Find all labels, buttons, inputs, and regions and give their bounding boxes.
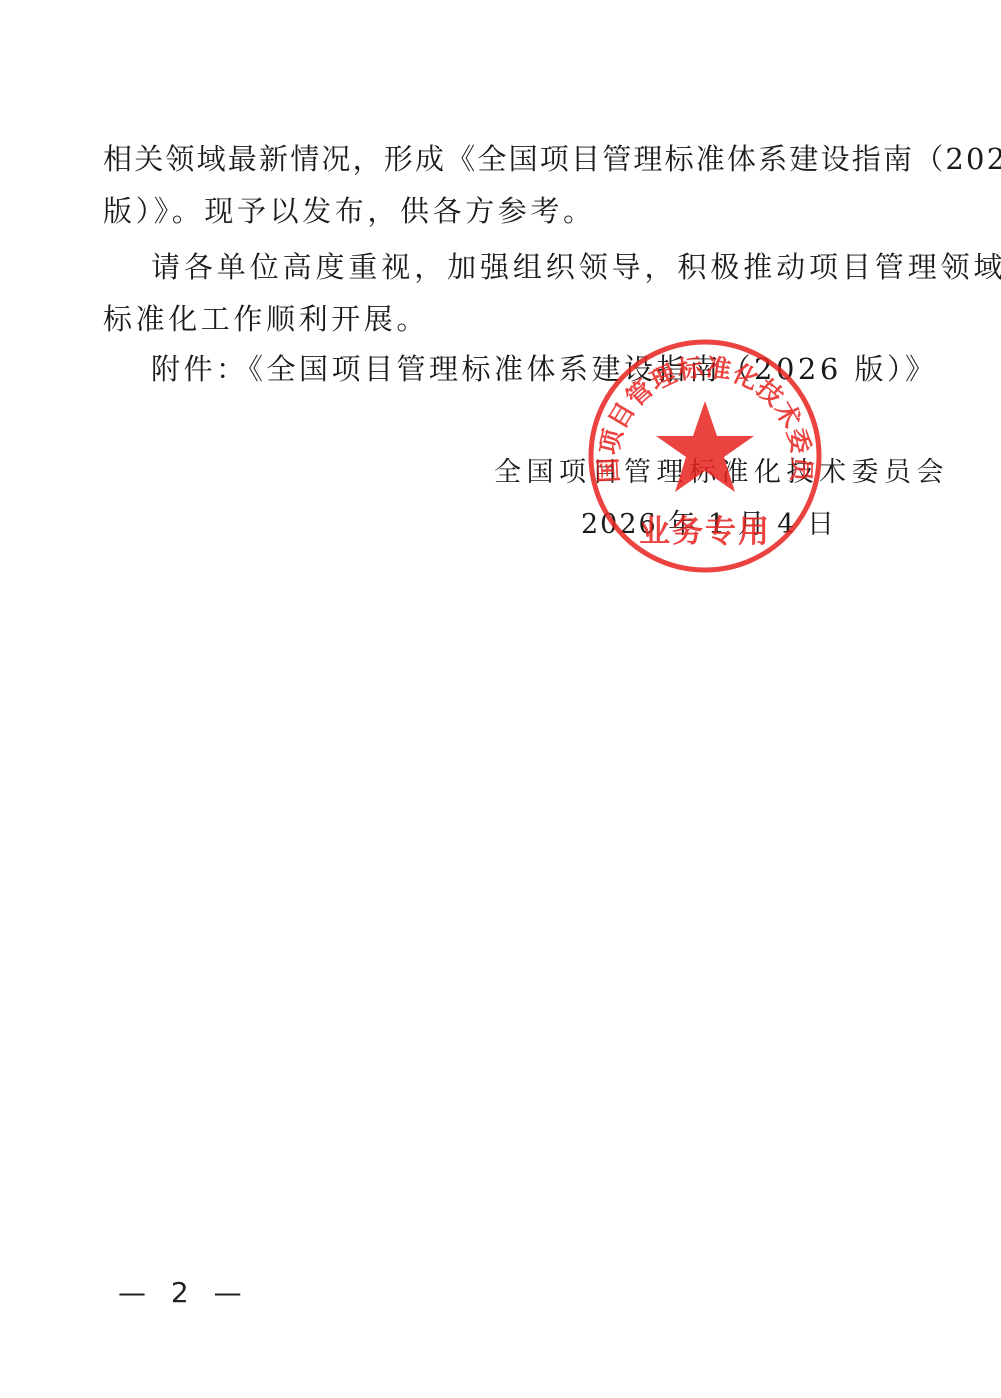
body-line-4: 标准化工作顺利开展。 [103,305,429,334]
body-line-2: 版）》。现予以发布，供各方参考。 [103,197,596,226]
attachment-line: 附件：《全国项目管理标准体系建设指南（2026 版）》 [151,355,938,384]
signature-organization: 全国项目管理标准化技术委员会 [494,459,949,486]
body-line-1: 相关领域最新情况，形成《全国项目管理标准体系建设指南（2026 [103,145,1001,174]
page-number: — 2 — [118,1276,250,1309]
body-line-3: 请各单位高度重视，加强组织领导，积极推动项目管理领域 [151,253,1001,282]
signature-date: 2026 年 1 月 4 日 [581,511,836,538]
